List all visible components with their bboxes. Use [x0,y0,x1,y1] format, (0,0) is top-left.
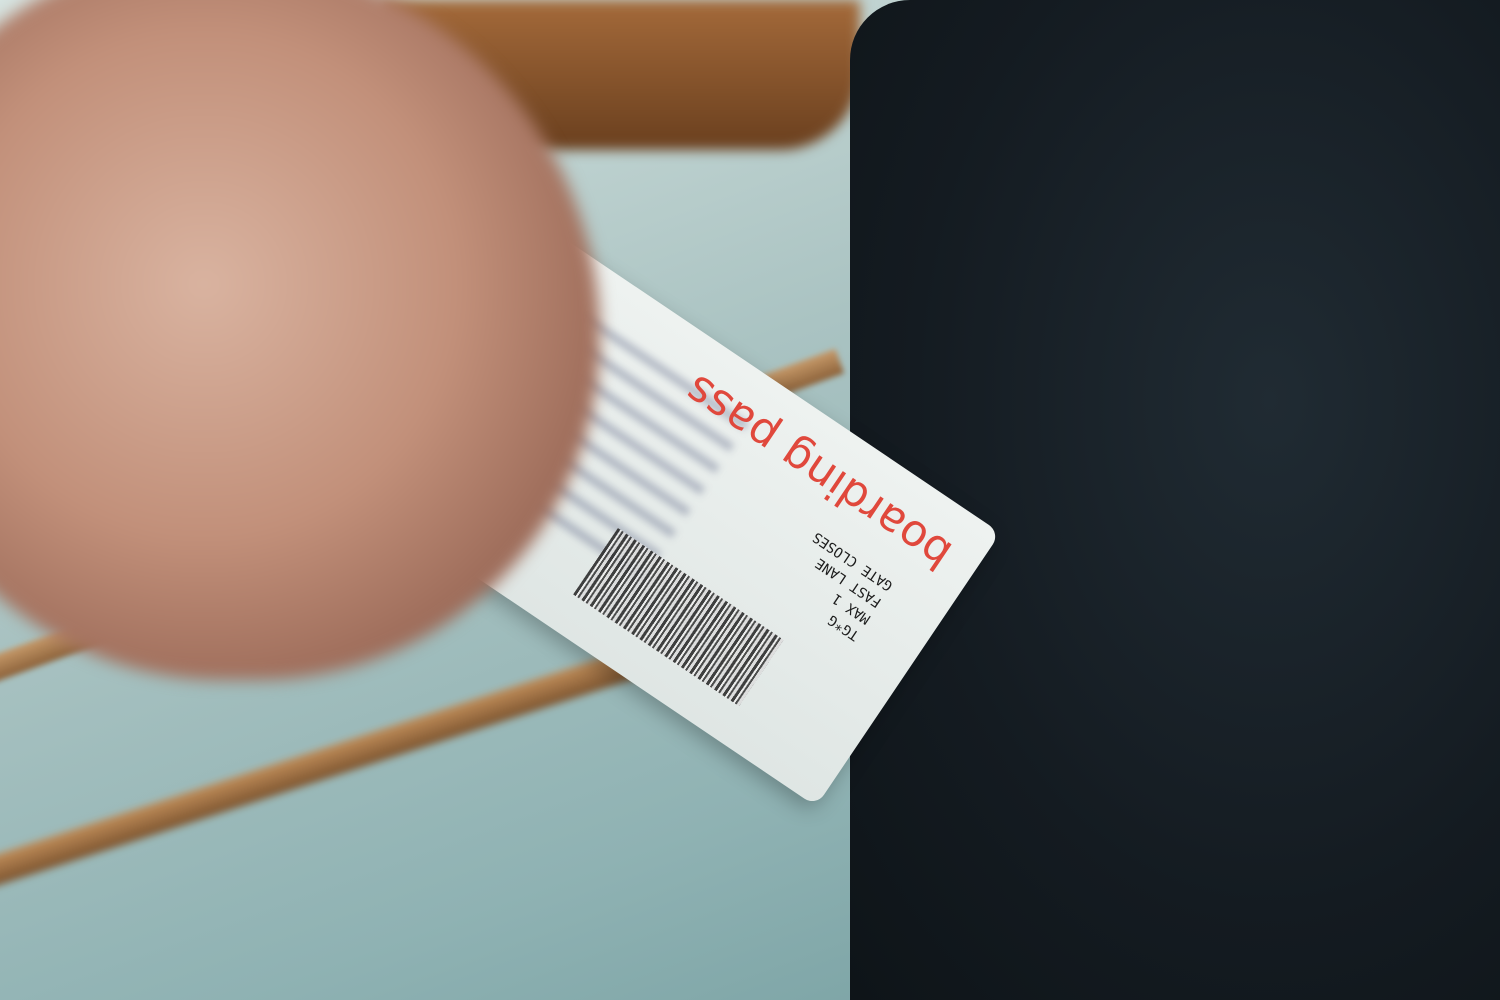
boarding-pass-details: TG*G MAX 1 FAST LANE GATE CLOSES [776,527,898,645]
